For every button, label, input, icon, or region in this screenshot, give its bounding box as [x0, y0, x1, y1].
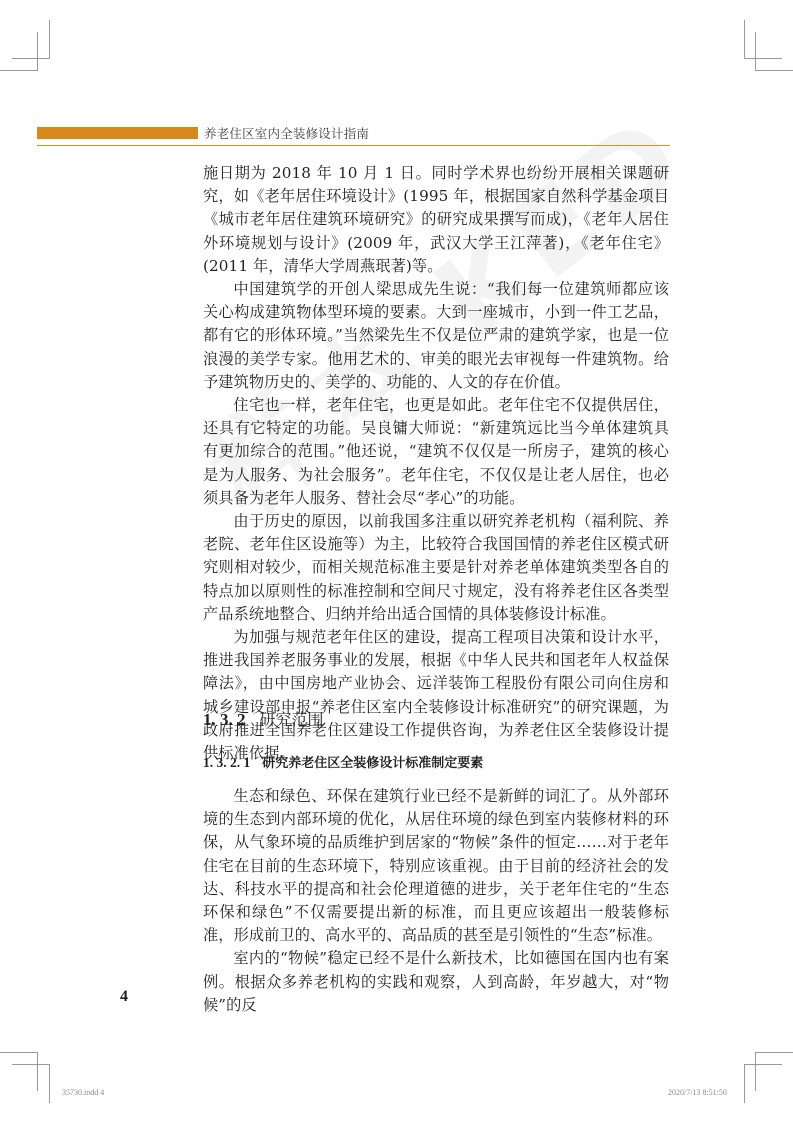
crop-mark-top-left-v1	[49, 20, 50, 59]
crop-mark-bottom-right-h1	[755, 1052, 793, 1053]
body-text-bottom: 生态和绿色、环保在建筑行业已经不是新鲜的词汇了。从外部环境的生态到内部环境的优化…	[203, 785, 669, 1017]
paragraph: 由于历史的原因，以前我国多注重以研究养老机构（福利院、养老院、老年住区设施等）为…	[203, 510, 669, 626]
subsection-heading: 1. 3. 2. 1研究养老住区全装修设计标准制定要素	[203, 752, 483, 771]
header-rule	[37, 145, 670, 146]
slug-file: 35730.indd 4	[62, 1088, 104, 1097]
crop-mark-bottom-right-v2	[744, 1064, 745, 1103]
paragraph: 室内的“物候”稳定已经不是什么新技术，比如德国在国内也有案例。根据众多养老机构的…	[203, 947, 669, 1017]
crop-mark-bottom-left-v1	[37, 1052, 38, 1091]
running-header-title: 养老住区室内全装修设计指南	[204, 124, 369, 142]
section-number: 1. 3. 2	[203, 710, 246, 729]
header-accent-bar	[37, 127, 198, 139]
section-heading: 1. 3. 2研究范围	[203, 707, 324, 730]
crop-mark-top-left-h2	[0, 70, 38, 71]
section-title: 研究范围	[260, 710, 324, 729]
body-text-top: 施日期为 2018 年 10 月 1 日。同时学术界也纷纷开展相关课题研究，如《…	[203, 162, 669, 765]
paragraph: 住宅也一样，老年住宅，也更是如此。老年住宅不仅提供居住，还具有它特定的功能。吴良…	[203, 394, 669, 510]
crop-mark-top-right-v2	[755, 32, 756, 71]
crop-mark-top-left-v2	[37, 32, 38, 71]
crop-mark-top-right-h2	[755, 70, 793, 71]
subsection-number: 1. 3. 2. 1	[203, 755, 250, 770]
paragraph: 中国建筑学的开创人梁思成先生说：“我们每一位建筑师都应该关心构成建筑物体型环境的…	[203, 278, 669, 394]
crop-mark-bottom-right-h2	[744, 1064, 782, 1065]
paragraph: 施日期为 2018 年 10 月 1 日。同时学术界也纷纷开展相关课题研究，如《…	[203, 162, 669, 278]
slug-timestamp: 2020/7/13 8:51:50	[668, 1088, 727, 1097]
paragraph: 为加强与规范老年住区的建设，提高工程项目决策和设计水平，推进我国养老服务事业的发…	[203, 626, 669, 765]
crop-mark-bottom-left-v2	[49, 1064, 50, 1103]
crop-mark-bottom-left-h1	[0, 1052, 38, 1053]
crop-mark-bottom-left-h2	[12, 1064, 50, 1065]
page-number: 4	[120, 988, 128, 1006]
crop-mark-top-right-v1	[744, 20, 745, 59]
crop-mark-bottom-right-v1	[755, 1052, 756, 1091]
subsection-title: 研究养老住区全装修设计标准制定要素	[262, 756, 483, 771]
paragraph: 生态和绿色、环保在建筑行业已经不是新鲜的词汇了。从外部环境的生态到内部环境的优化…	[203, 785, 669, 947]
crop-mark-top-right-h1	[744, 58, 782, 59]
crop-mark-top-left-h1	[12, 58, 50, 59]
